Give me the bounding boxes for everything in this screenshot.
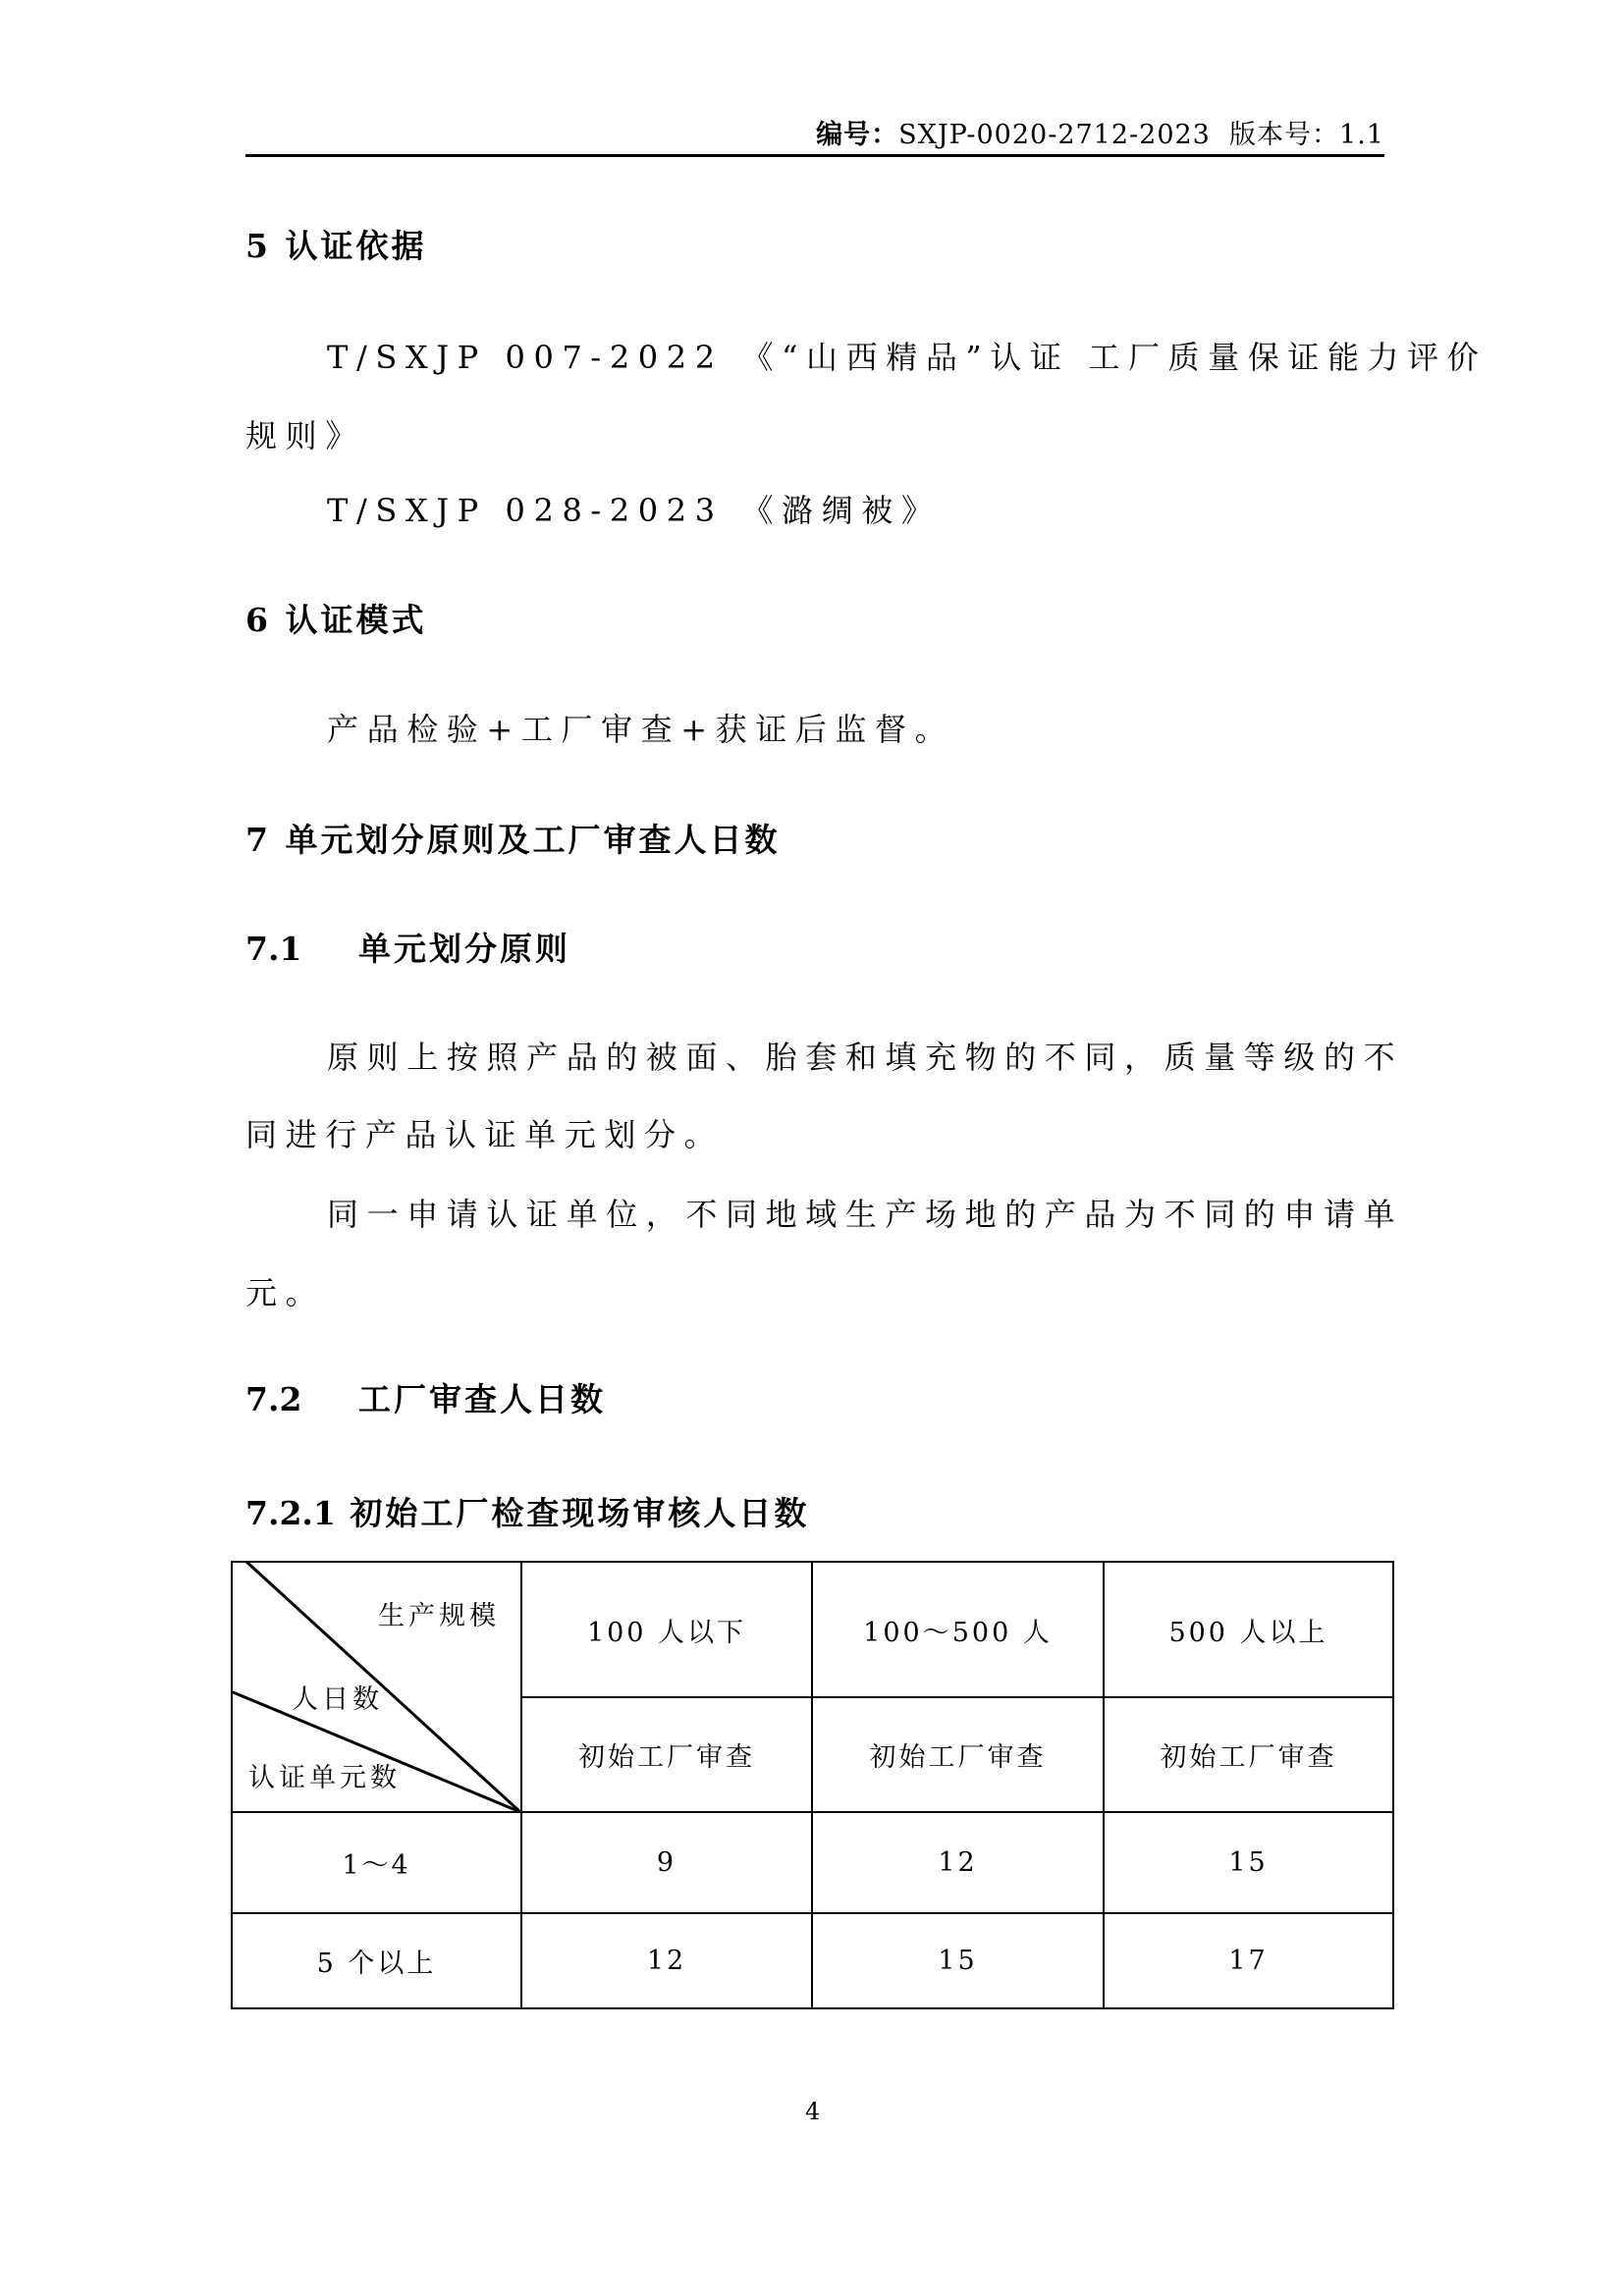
section-7-1-number: 7.1 (245, 928, 358, 971)
section-7-1-line-1: 原则上按照产品的被面、胎套和填充物的不同，质量等级的不 (327, 1036, 1403, 1079)
subheader-1: 初始工厂审查 (522, 1698, 811, 1811)
row-1-value-2: 12 (813, 1813, 1103, 1912)
section-7-2-1-heading: 7.2.1 初始工厂检查现场审核人日数 (245, 1492, 809, 1535)
section-7-1-line-4: 元。 (245, 1271, 325, 1314)
doc-version-value: 1.1 (1339, 120, 1384, 150)
doc-code-label: 编号： (816, 120, 898, 150)
section-5-line-2: 规则》 (245, 414, 365, 457)
corner-label-units: 认证单元数 (248, 1762, 401, 1795)
document-header: 编号：SXJP-0020-2712-2023 版本号：1.1 (816, 116, 1384, 155)
doc-code-value: SXJP-0020-2712-2023 (898, 120, 1211, 150)
page-number: 4 (805, 2097, 820, 2126)
section-7-2-title: 工厂审查人日数 (358, 1380, 606, 1418)
subheader-2: 初始工厂审查 (813, 1698, 1103, 1811)
corner-label-man-days: 人日数 (292, 1683, 383, 1717)
table-border-right (1392, 1561, 1394, 2009)
row-1-value-1: 9 (522, 1813, 811, 1912)
section-5-line-1: T/SXJP 007-2022 《“山西精品”认证 工厂质量保证能力评价 (327, 336, 1487, 379)
section-7-heading: 7 单元划分原则及工厂审查人日数 (245, 819, 780, 862)
section-7-1-title: 单元划分原则 (358, 930, 570, 968)
section-7-1-line-3: 同一申请认证单位，不同地域生产场地的产品为不同的申请单 (327, 1193, 1403, 1236)
section-7-2-1-number: 7.2.1 (245, 1494, 336, 1532)
row-2-units: 5 个以上 (233, 1914, 520, 2007)
section-5-heading: 5 认证依据 (245, 225, 426, 268)
section-7-1-heading: 7.1单元划分原则 (245, 928, 570, 971)
section-6-heading: 6 认证模式 (245, 599, 426, 642)
row-2-value-1: 12 (522, 1914, 811, 2007)
header-rule (245, 154, 1384, 157)
header-scale-3: 500 人以上 (1105, 1563, 1392, 1696)
audit-man-days-table: 生产规模 人日数 认证单元数 100 人以下 100～500 人 500 人以上… (231, 1561, 1394, 2008)
header-scale-1: 100 人以下 (522, 1563, 811, 1696)
section-6-line-1: 产品检验+工厂审查+获证后监督。 (327, 708, 954, 751)
section-7-2-number: 7.2 (245, 1378, 358, 1421)
corner-label-scale: 生产规模 (378, 1600, 500, 1633)
row-2-value-2: 15 (813, 1914, 1103, 2007)
doc-version-label: 版本号： (1229, 120, 1339, 150)
row-1-units: 1～4 (233, 1813, 520, 1912)
row-1-value-3: 15 (1105, 1813, 1392, 1912)
section-7-2-heading: 7.2工厂审查人日数 (245, 1378, 606, 1421)
subheader-3: 初始工厂审查 (1105, 1698, 1392, 1811)
section-7-1-line-2: 同进行产品认证单元划分。 (245, 1113, 724, 1156)
section-7-2-1-title: 初始工厂检查现场审核人日数 (350, 1494, 809, 1532)
section-5-line-3: T/SXJP 028-2023 《潞绸被》 (327, 489, 941, 532)
header-scale-2: 100～500 人 (813, 1563, 1103, 1696)
row-2-value-3: 17 (1105, 1914, 1392, 2007)
